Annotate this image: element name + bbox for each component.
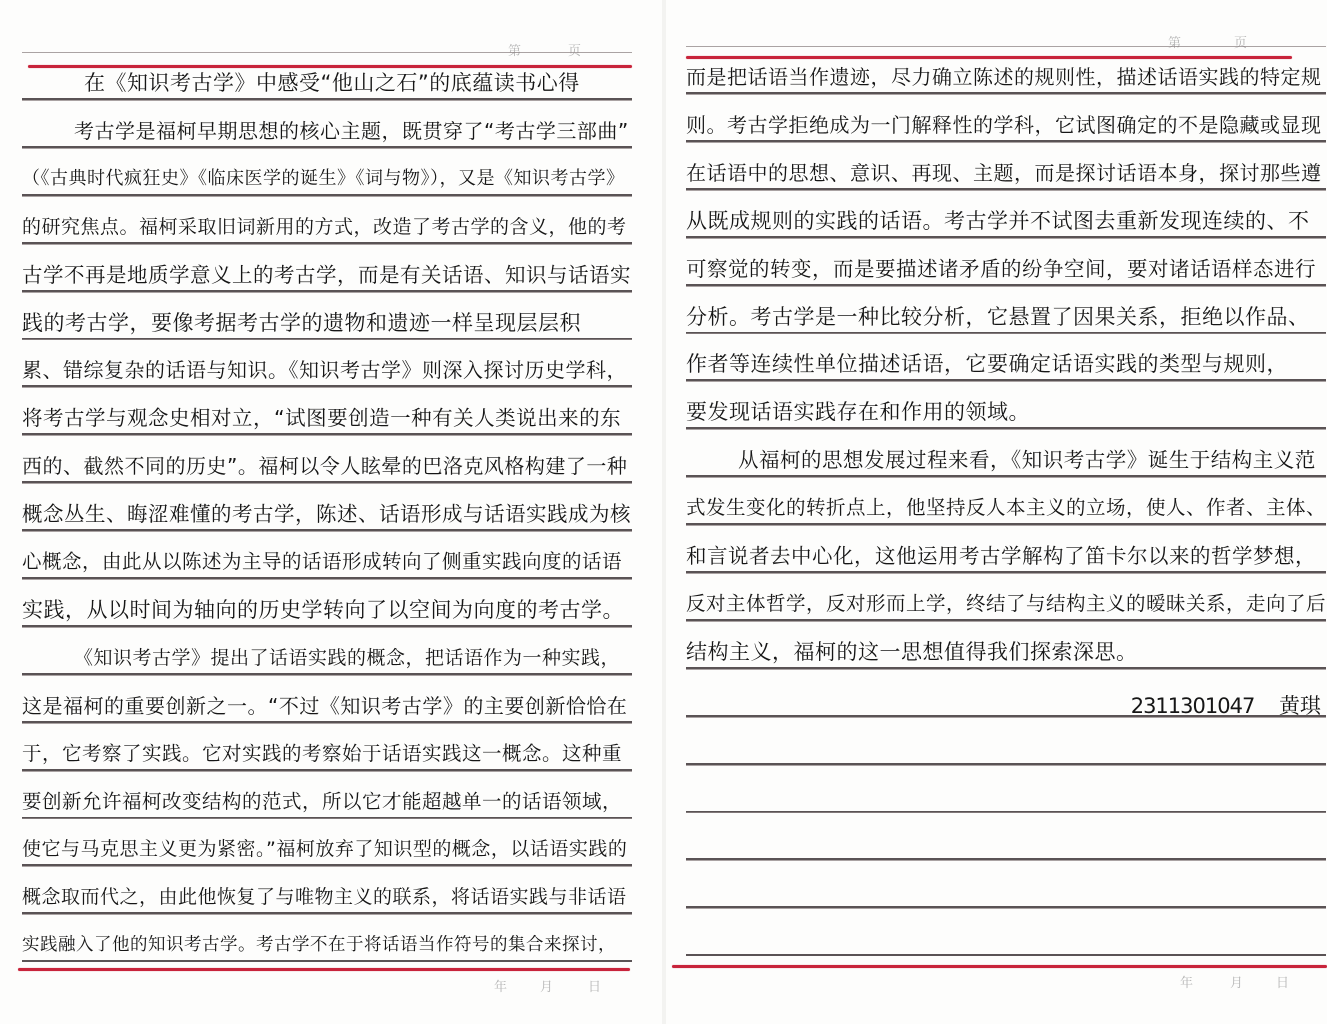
left-notebook-page: 第 页 在《知识考古学》中感受“他山之石”的底蕴读书心得考古学是福柯早期思想的核…	[0, 0, 662, 1024]
essay-text-line: 实践，从以时间为轴向的历史学转向了以空间为向度的考古学。	[22, 597, 632, 623]
essay-text-line: 累、错综复杂的话语与知识。《知识考古学》则深入探讨历史学科，	[22, 357, 632, 383]
ruled-line-row: 式发生变化的转折点上，他坚持反人本主义的立场，使人、作者、主体、	[686, 477, 1326, 525]
guide-line	[686, 381, 1326, 382]
guide-line	[22, 579, 632, 580]
guide-line	[22, 52, 632, 53]
guide-line	[686, 669, 1326, 670]
essay-text-line: 这是福柯的重要创新之一。“不过《知识考古学》的主要创新恰恰在	[22, 693, 632, 719]
ruled-line-row	[686, 908, 1326, 956]
guide-line	[22, 196, 632, 197]
essay-text-line: 从福柯的思想发展过程来看，《知识考古学》诞生于结构主义范	[686, 447, 1326, 473]
essay-text-line: （《古典时代疯狂史》《临床医学的诞生》《词与物》），又是《知识考古学》	[22, 166, 632, 192]
guide-line	[686, 46, 1326, 47]
student-id: 2311301047	[1131, 694, 1255, 718]
guide-line	[686, 908, 1326, 909]
essay-text-line: 和言说者去中心化，这他运用考古学解构了笛卡尔以来的哲学梦想，	[686, 543, 1326, 569]
ruled-line-row	[686, 860, 1326, 908]
essay-text-line: 要发现话语实践存在和作用的领域。	[686, 399, 1326, 425]
date-label-month: 月	[540, 976, 553, 995]
guide-line	[22, 675, 632, 676]
signature: 2311301047 黄琪	[1131, 690, 1321, 720]
guide-line	[686, 525, 1326, 526]
guide-line	[22, 339, 632, 340]
guide-line	[686, 860, 1326, 861]
guide-line	[22, 292, 632, 293]
guide-line	[22, 100, 632, 101]
ruled-line-row: 分析。考古学是一种比较分析，它悬置了因果关系，拒绝以作品、	[686, 286, 1326, 334]
guide-line	[22, 483, 632, 484]
guide-line	[22, 914, 632, 915]
ruled-line-row: 累、错综复杂的话语与知识。《知识考古学》则深入探讨历史学科，	[22, 339, 632, 387]
guide-line	[686, 477, 1326, 478]
essay-text-line: 西的、截然不同的历史”。福柯以令人眩晕的巴洛克风格构建了一种	[22, 453, 632, 479]
ruled-line-row: 践的考古学，要像考据考古学的遗物和遗迹一样呈现层层积	[22, 292, 632, 340]
guide-line	[22, 723, 632, 724]
essay-text-line: 于，它考察了实践。它对实践的考察始于话语实践这一概念。这种重	[22, 741, 632, 767]
bottom-margin-rule	[672, 965, 1327, 968]
ruled-line-row: 实践融入了他的知识考古学。考古学不在于将话语当作符号的集合来探讨，	[22, 914, 632, 962]
ruled-line-row: 考古学是福柯早期思想的核心主题，既贯穿了“考古学三部曲”	[22, 100, 632, 148]
ruled-line-row: 要发现话语实践存在和作用的领域。	[686, 381, 1326, 429]
essay-title: 在《知识考古学》中感受“他山之石”的底蕴读书心得	[22, 70, 632, 96]
guide-line	[22, 148, 632, 149]
ruled-line-row: 作者等连续性单位描述话语，它要确定话语实践的类型与规则，	[686, 333, 1326, 381]
guide-line	[686, 429, 1326, 430]
essay-text-line: 则。考古学拒绝成为一门解释性的学科，它试图确定的不是隐藏或显现	[686, 112, 1326, 138]
essay-text-line: 可察觉的转变，而是要描述诸矛盾的纷争空间，要对诸话语样态进行	[686, 256, 1326, 282]
essay-text-line: 心概念，由此从以陈述为主导的话语形成转向了侧重实践向度的话语	[22, 549, 632, 575]
guide-line	[22, 531, 632, 532]
guide-line	[22, 387, 632, 388]
ruled-line-row: 反对主体哲学，反对形而上学，终结了与结构主义的暧昧关系，走向了后	[686, 573, 1326, 621]
ruled-line-row: 和言说者去中心化，这他运用考古学解构了笛卡尔以来的哲学梦想，	[686, 525, 1326, 573]
ruled-line-row: 要创新允许福柯改变结构的范式，所以它才能超越单一的话语领域，	[22, 771, 632, 819]
essay-text-line: 古学不再是地质学意义上的考古学，而是有关话语、知识与话语实	[22, 262, 632, 288]
guide-line	[686, 190, 1326, 191]
essay-text-line: 考古学是福柯早期思想的核心主题，既贯穿了“考古学三部曲”	[22, 118, 632, 144]
essay-text-line: 要创新允许福柯改变结构的范式，所以它才能超越单一的话语领域，	[22, 789, 632, 815]
ruled-line-row: 于，它考察了实践。它对实践的考察始于话语实践这一概念。这种重	[22, 723, 632, 771]
guide-line	[22, 244, 632, 245]
essay-text-line: 概念取而代之，由此他恢复了与唯物主义的联系，将话语实践与非话语	[22, 884, 632, 910]
ruled-line-row: 概念取而代之，由此他恢复了与唯物主义的联系，将话语实践与非话语	[22, 866, 632, 914]
essay-text-line: 结构主义，福柯的这一思想值得我们探索深思。	[686, 639, 1326, 665]
ruled-line-row: 心概念，由此从以陈述为主导的话语形成转向了侧重实践向度的话语	[22, 531, 632, 579]
essay-text-line: 作者等连续性单位描述话语，它要确定话语实践的类型与规则，	[686, 351, 1326, 377]
essay-text-line: 在话语中的思想、意识、再现、主题，而是探讨话语本身，探讨那些遵	[686, 160, 1326, 186]
ruled-line-row: 概念丛生、晦涩难懂的考古学，陈述、话语形成与话语实践成为核	[22, 483, 632, 531]
guide-line	[22, 866, 632, 867]
guide-line	[22, 435, 632, 436]
guide-line	[686, 94, 1326, 95]
ruled-line-row: 实践，从以时间为轴向的历史学转向了以空间为向度的考古学。	[22, 579, 632, 627]
guide-line	[686, 238, 1326, 239]
date-label-day: 日	[588, 976, 601, 995]
date-label-year: 年	[494, 976, 507, 995]
essay-text-line: 实践融入了他的知识考古学。考古学不在于将话语当作符号的集合来探讨，	[22, 932, 632, 958]
ruled-line-row	[686, 812, 1326, 860]
student-name: 黄琪	[1279, 694, 1321, 718]
ruled-line-row: 的研究焦点。福柯采取旧词新用的方式，改造了考古学的含义，他的考	[22, 196, 632, 244]
guide-line	[686, 765, 1326, 766]
ruled-line-row: 从福柯的思想发展过程来看，《知识考古学》诞生于结构主义范	[686, 429, 1326, 477]
ruled-line-row	[686, 765, 1326, 813]
ruled-line-row: 将考古学与观念史相对立，“试图要创造一种有关人类说出来的东	[22, 387, 632, 435]
essay-text-line: 反对主体哲学，反对形而上学，终结了与结构主义的暧昧关系，走向了后	[686, 591, 1326, 617]
date-label-month: 月	[1230, 972, 1243, 991]
guide-line	[686, 286, 1326, 287]
ruled-line-row: 而是把话语当作遗迹，尽力确立陈述的规则性，描述话语实践的特定规	[686, 46, 1326, 94]
base-line	[22, 960, 632, 962]
essay-text-line: 的研究焦点。福柯采取旧词新用的方式，改造了考古学的含义，他的考	[22, 214, 632, 240]
guide-line	[686, 812, 1326, 813]
ruled-line-row: 古学不再是地质学意义上的考古学，而是有关话语、知识与话语实	[22, 244, 632, 292]
ruled-line-row: 结构主义，福柯的这一思想值得我们探索深思。	[686, 621, 1326, 669]
guide-line	[686, 573, 1326, 574]
essay-text-line: 概念丛生、晦涩难懂的考古学，陈述、话语形成与话语实践成为核	[22, 501, 632, 527]
right-notebook-page: 第 页 而是把话语当作遗迹，尽力确立陈述的规则性，描述话语实践的特定规则。考古学…	[666, 0, 1327, 1024]
guide-line	[686, 621, 1326, 622]
ruled-line-row	[686, 717, 1326, 765]
ruled-line-row: 可察觉的转变，而是要描述诸矛盾的纷争空间，要对诸话语样态进行	[686, 238, 1326, 286]
essay-text-line: 从既成规则的实践的话语。考古学并不试图去重新发现连续的、不	[686, 208, 1326, 234]
ruled-line-row: 在话语中的思想、意识、再现、主题，而是探讨话语本身，探讨那些遵	[686, 142, 1326, 190]
essay-text-line: 将考古学与观念史相对立，“试图要创造一种有关人类说出来的东	[22, 405, 632, 431]
date-label-day: 日	[1276, 972, 1289, 991]
guide-line	[686, 333, 1326, 334]
date-label-year: 年	[1180, 972, 1193, 991]
essay-text-line: 践的考古学，要像考据考古学的遗物和遗迹一样呈现层层积	[22, 310, 632, 336]
essay-text-line: 式发生变化的转折点上，他坚持反人本主义的立场，使人、作者、主体、	[686, 495, 1326, 521]
base-line	[686, 954, 1326, 956]
essay-text-line: 分析。考古学是一种比较分析，它悬置了因果关系，拒绝以作品、	[686, 304, 1326, 330]
ruled-line-row: （《古典时代疯狂史》《临床医学的诞生》《词与物》），又是《知识考古学》	[22, 148, 632, 196]
ruled-line-row: 这是福柯的重要创新之一。“不过《知识考古学》的主要创新恰恰在	[22, 675, 632, 723]
essay-text-line: 使它与马克思主义更为紧密。”福柯放弃了知识型的概念，以话语实践的	[22, 836, 632, 862]
ruled-line-row: 在《知识考古学》中感受“他山之石”的底蕴读书心得	[22, 52, 632, 100]
ruled-line-row: 使它与马克思主义更为紧密。”福柯放弃了知识型的概念，以话语实践的	[22, 818, 632, 866]
bottom-margin-rule	[18, 968, 630, 971]
guide-line	[686, 142, 1326, 143]
ruled-line-row: 《知识考古学》提出了话语实践的概念，把话语作为一种实践，	[22, 627, 632, 675]
essay-text-line: 《知识考古学》提出了话语实践的概念，把话语作为一种实践，	[22, 645, 632, 671]
guide-line	[22, 818, 632, 819]
guide-line	[22, 627, 632, 628]
essay-text-line: 而是把话语当作遗迹，尽力确立陈述的规则性，描述话语实践的特定规	[686, 64, 1326, 90]
ruled-line-row: 从既成规则的实践的话语。考古学并不试图去重新发现连续的、不	[686, 190, 1326, 238]
ruled-line-row: 则。考古学拒绝成为一门解释性的学科，它试图确定的不是隐藏或显现	[686, 94, 1326, 142]
guide-line	[22, 771, 632, 772]
ruled-line-row: 西的、截然不同的历史”。福柯以令人眩晕的巴洛克风格构建了一种	[22, 435, 632, 483]
